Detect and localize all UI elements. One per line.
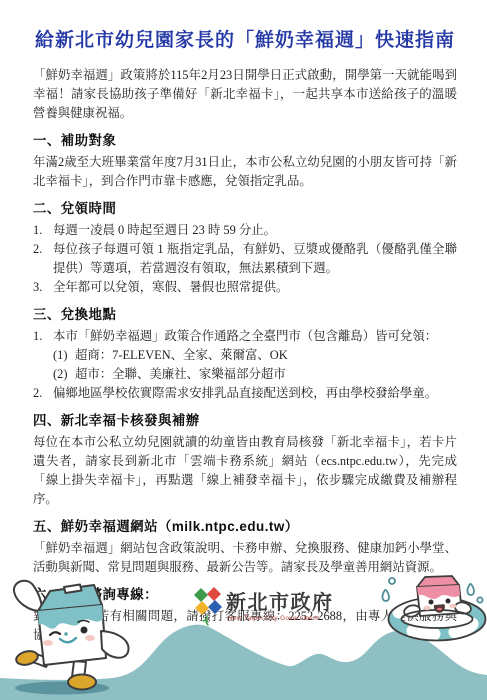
logo-name: 新北市政府: [226, 590, 334, 614]
list-marker: 1.: [33, 221, 53, 240]
list-item: 1. 每週一凌晨 0 時起至週日 23 時 59 分止。: [33, 221, 457, 240]
section-redeem-time: 二、兌領時間 1. 每週一凌晨 0 時起至週日 23 時 59 分止。 2. 每…: [33, 200, 457, 297]
section-heading-4: 四、新北幸福卡核發與補辦: [33, 412, 457, 429]
section-heading-2: 二、兌領時間: [33, 200, 457, 217]
milk-carton-swim-ring-mascot: [382, 576, 485, 641]
list-item: 3. 全年都可以兌領，寒假、暑假也照常提供。: [33, 278, 457, 297]
intro-paragraph: 「鮮奶幸福週」政策將於115年2月23日開學日正式啟動，開學第一天就能喝到幸福！…: [33, 66, 457, 123]
water-droplet-icon: [467, 584, 474, 595]
list-item: 2. 每位孩子每週可領 1 瓶指定乳品，有鮮奶、豆漿或優酪乳（優酪乳僅全聯提供）…: [33, 240, 457, 278]
list-text: 每位孩子每週可領 1 瓶指定乳品，有鮮奶、豆漿或優酪乳（優酪乳僅全聯提供）等選項…: [53, 240, 457, 278]
pinwheel-icon: [194, 587, 222, 625]
section-heading-5: 五、鮮奶幸福週網站（milk.ntpc.edu.tw）: [33, 518, 457, 535]
list-marker: 2.: [33, 240, 53, 278]
list-marker: 2.: [33, 384, 53, 403]
section-body-1: 年滿2歲至大班畢業當年度7月31日止，本市公私立幼兒園的小朋友皆可持「新北幸福卡…: [33, 153, 457, 191]
section-heading-3: 三、兌換地點: [33, 306, 457, 323]
section-heading-1: 一、補助對象: [33, 132, 457, 149]
list-marker: 1.: [33, 327, 53, 346]
list-marker: (1): [53, 346, 75, 365]
list-text: 全年都可以兌領，寒假、暑假也照常提供。: [53, 278, 457, 297]
water-droplet-icon: [382, 590, 389, 601]
flyer-content: 給新北市幼兒園家長的「鮮奶幸福週」快速指南 「鮮奶幸福週」政策將於115年2月2…: [0, 0, 487, 645]
section-card-reissue: 四、新北幸福卡核發與補辦 每位在本市公私立幼兒園就讀的幼童皆由教育局核發「新北幸…: [33, 412, 457, 509]
list-text: 每週一凌晨 0 時起至週日 23 時 59 分止。: [53, 221, 457, 240]
sublist-item: (1) 超商：7-ELEVEN、全家、萊爾富、OK: [33, 346, 457, 365]
section-subsidy-target: 一、補助對象 年滿2歲至大班畢業當年度7月31日止，本市公私立幼兒園的小朋友皆可…: [33, 132, 457, 191]
list-item: 1. 本市「鮮奶幸福週」政策合作通路之全臺門市（包含離島）皆可兌領：: [33, 327, 457, 346]
section-body-4: 每位在本市公私立幼兒園就讀的幼童皆由教育局核發「新北幸福卡」，若卡片遺失者，請家…: [33, 433, 457, 509]
footer-artwork: 新北市政府 New Taipei City Government: [0, 575, 487, 700]
water-droplet-icon: [477, 597, 482, 602]
list-item: 2. 偏鄉地區學校依實際需求安排乳品直接配送到校，再由學校發給學童。: [33, 384, 457, 403]
water-droplet-icon: [389, 578, 395, 584]
list-text: 本市「鮮奶幸福週」政策合作通路之全臺門市（包含離島）皆可兌領：: [53, 327, 457, 346]
section-body-5: 「鮮奶幸福週」網站包含政策說明、卡務申辦、兌換服務、健康加鈣小學堂、活動與新聞、…: [33, 539, 457, 577]
milk-carton-walking-mascot: [14, 581, 129, 695]
section-website: 五、鮮奶幸福週網站（milk.ntpc.edu.tw） 「鮮奶幸福週」網站包含政…: [33, 518, 457, 577]
page-title: 給新北市幼兒園家長的「鮮奶幸福週」快速指南: [33, 25, 457, 52]
list-text: 超市：全聯、美廉社、家樂福部分超市: [75, 365, 457, 384]
list-marker: (2): [53, 365, 75, 384]
list-marker: 3.: [33, 278, 53, 297]
logo-subtitle: New Taipei City Government: [228, 615, 319, 622]
list-text: 偏鄉地區學校依實際需求安排乳品直接配送到校，再由學校發給學童。: [53, 384, 457, 403]
sublist-item: (2) 超市：全聯、美廉社、家樂福部分超市: [33, 365, 457, 384]
shoe-icon: [15, 649, 39, 667]
ntpc-logo: 新北市政府 New Taipei City Government: [194, 587, 334, 625]
shoe-icon: [68, 675, 96, 690]
section-redeem-locations: 三、兌換地點 1. 本市「鮮奶幸福週」政策合作通路之全臺門市（包含離島）皆可兌領…: [33, 306, 457, 403]
flyer-page: 給新北市幼兒園家長的「鮮奶幸福週」快速指南 「鮮奶幸福週」政策將於115年2月2…: [0, 0, 487, 700]
list-text: 超商：7-ELEVEN、全家、萊爾富、OK: [75, 346, 457, 365]
